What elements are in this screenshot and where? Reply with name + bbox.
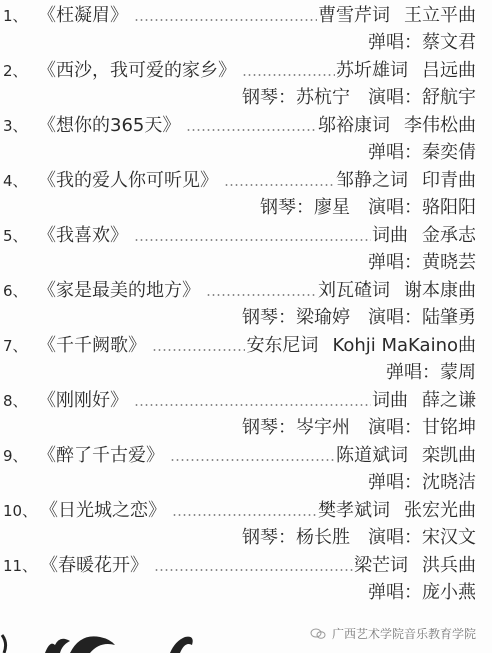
song-line: 7、《千千阙歌》安东尼词Kohji MaKaino曲 (0, 334, 476, 358)
composer: 谢本康曲 (404, 279, 476, 303)
item-number: 8、 (0, 389, 38, 413)
performer-label: 演唱： (368, 197, 422, 218)
song-line: 2、《西沙，我可爱的家乡》苏圻雄词吕远曲 (0, 59, 476, 83)
song-line: 3、《想你的365天》邬裕康词李伟松曲 (0, 114, 476, 138)
lyricist: 樊孝斌词 (318, 499, 390, 523)
credits: 刘瓦碴词谢本康曲 (318, 279, 476, 303)
dot-leader (152, 349, 245, 351)
performer-line: 钢琴：岑宇州演唱：甘铭坤 (242, 416, 476, 440)
performer-line: 弹唱：庞小燕 (368, 581, 476, 605)
pianist: 钢琴：梁瑜婷 (242, 306, 350, 330)
performer-line: 钢琴：苏杭宁演唱：舒航宇 (242, 86, 476, 110)
watermark-text: 广西艺术学院音乐教育学院 (332, 625, 476, 642)
item-number: 3、 (0, 114, 38, 138)
dot-leader (224, 184, 335, 186)
item-number: 6、 (0, 279, 38, 303)
performer-line: 弹唱：沈晓洁 (368, 471, 476, 495)
performer-line: 弹唱：秦奕倩 (368, 141, 476, 165)
song-line: 11、《春暖花开》梁芒词洪兵曲 (0, 554, 476, 578)
program-item: 4、《我的爱人你可听见》邹静之词印青曲钢琴：廖星演唱：骆阳阳 (0, 165, 492, 220)
composer: Kohji MaKaino曲 (332, 334, 476, 358)
credits: 词曲金承志 (372, 224, 476, 248)
performer-name: 黄晓芸 (422, 252, 476, 273)
lyricist: 刘瓦碴词 (318, 279, 390, 303)
dot-leader (172, 514, 317, 516)
program-item: 3、《想你的365天》邬裕康词李伟松曲弹唱：秦奕倩 (0, 110, 492, 165)
composer: 薛之谦 (422, 389, 476, 413)
item-number: 7、 (0, 334, 38, 358)
performer-label: 演唱： (368, 417, 422, 438)
performer: 演唱：宋汉文 (368, 526, 476, 550)
performer-name: 舒航宇 (422, 87, 476, 108)
program-item: 8、《刚刚好》词曲薛之谦钢琴：岑宇州演唱：甘铭坤 (0, 385, 492, 440)
composer: 张宏光曲 (404, 499, 476, 523)
watermark: 广西艺术学院音乐教育学院 (310, 625, 476, 642)
credits: 陈道斌词栾凯曲 (336, 444, 476, 468)
song-line: 1、《枉凝眉》曹雪芹词王立平曲 (0, 4, 476, 28)
performer-label: 弹唱： (368, 32, 422, 53)
performer-name: 陆肇勇 (422, 307, 476, 328)
lyricist: 安东尼词 (246, 334, 318, 358)
dot-leader (186, 129, 317, 131)
song-title: 《醉了千古爱》 (38, 444, 164, 468)
performer-label: 弹唱： (368, 142, 422, 163)
program-item: 5、《我喜欢》词曲金承志弹唱：黄晓芸 (0, 220, 492, 275)
performer-label: 弹唱： (368, 252, 422, 273)
performer-line: 弹唱：蒙周 (386, 361, 476, 385)
song-title: 《千千阙歌》 (38, 334, 146, 358)
program-item: 2、《西沙，我可爱的家乡》苏圻雄词吕远曲钢琴：苏杭宁演唱：舒航宇 (0, 55, 492, 110)
credits: 苏圻雄词吕远曲 (336, 59, 476, 83)
song-line: 5、《我喜欢》词曲金承志 (0, 224, 476, 248)
program-list: 1、《枉凝眉》曹雪芹词王立平曲弹唱：蔡文君2、《西沙，我可爱的家乡》苏圻雄词吕远… (0, 0, 492, 605)
performer-name: 蔡文君 (422, 32, 476, 53)
song-title: 《我的爱人你可听见》 (38, 169, 218, 193)
performer: 演唱：陆肇勇 (368, 306, 476, 330)
pianist: 钢琴：岑宇州 (242, 416, 350, 440)
credits: 梁芒词洪兵曲 (354, 554, 476, 578)
performer-label: 弹唱： (386, 362, 440, 383)
credits: 曹雪芹词王立平曲 (318, 4, 476, 28)
song-title: 《想你的365天》 (38, 114, 180, 138)
performer-name: 甘铭坤 (422, 417, 476, 438)
performer-name: 骆阳阳 (422, 197, 476, 218)
composer: 李伟松曲 (404, 114, 476, 138)
credits: 邬裕康词李伟松曲 (318, 114, 476, 138)
performer-name: 沈晓洁 (422, 472, 476, 493)
pianist: 钢琴：杨长胜 (242, 526, 350, 550)
item-number: 4、 (0, 169, 38, 193)
song-title: 《家是最美的地方》 (38, 279, 200, 303)
credits: 安东尼词Kohji MaKaino曲 (246, 334, 476, 358)
item-number: 1、 (0, 4, 38, 28)
performer-name: 庞小燕 (422, 582, 476, 603)
dot-leader (134, 19, 317, 21)
composer: 金承志 (422, 224, 476, 248)
performer-line: 钢琴：廖星演唱：骆阳阳 (260, 196, 476, 220)
performer: 弹唱：沈晓洁 (368, 471, 476, 495)
song-line: 4、《我的爱人你可听见》邹静之词印青曲 (0, 169, 476, 193)
performer: 演唱：骆阳阳 (368, 196, 476, 220)
wechat-icon (310, 628, 326, 640)
item-number: 11、 (0, 554, 40, 578)
performer-name: 宋汉文 (422, 527, 476, 548)
song-title: 《我喜欢》 (38, 224, 128, 248)
performer-label: 弹唱： (368, 582, 422, 603)
lyricist: 词曲 (372, 389, 408, 413)
lyricist: 词曲 (372, 224, 408, 248)
program-item: 7、《千千阙歌》安东尼词Kohji MaKaino曲弹唱：蒙周 (0, 330, 492, 385)
pianist: 钢琴：苏杭宁 (242, 86, 350, 110)
performer-label: 弹唱： (368, 472, 422, 493)
song-line: 9、《醉了千古爱》陈道斌词栾凯曲 (0, 444, 476, 468)
floral-ornament-icon (0, 615, 200, 653)
performer: 演唱：舒航宇 (368, 86, 476, 110)
pianist: 钢琴：廖星 (260, 196, 350, 220)
performer-line: 钢琴：杨长胜演唱：宋汉文 (242, 526, 476, 550)
performer-name: 秦奕倩 (422, 142, 476, 163)
dot-leader (134, 239, 371, 241)
composer: 王立平曲 (404, 4, 476, 28)
performer: 弹唱：蒙周 (386, 361, 476, 385)
program-item: 1、《枉凝眉》曹雪芹词王立平曲弹唱：蔡文君 (0, 0, 492, 55)
dot-leader (154, 569, 353, 571)
composer: 洪兵曲 (422, 554, 476, 578)
item-number: 5、 (0, 224, 38, 248)
program-item: 10、《日光城之恋》樊孝斌词张宏光曲钢琴：杨长胜演唱：宋汉文 (0, 495, 492, 550)
program-item: 9、《醉了千古爱》陈道斌词栾凯曲弹唱：沈晓洁 (0, 440, 492, 495)
song-line: 6、《家是最美的地方》刘瓦碴词谢本康曲 (0, 279, 476, 303)
performer-label: 演唱： (368, 527, 422, 548)
credits: 词曲薛之谦 (372, 389, 476, 413)
performer: 弹唱：黄晓芸 (368, 251, 476, 275)
lyricist: 陈道斌词 (336, 444, 408, 468)
performer-label: 演唱： (368, 307, 422, 328)
dot-leader (134, 404, 371, 406)
song-title: 《西沙，我可爱的家乡》 (38, 59, 236, 83)
item-number: 9、 (0, 444, 38, 468)
performer-line: 弹唱：蔡文君 (368, 31, 476, 55)
program-item: 6、《家是最美的地方》刘瓦碴词谢本康曲钢琴：梁瑜婷演唱：陆肇勇 (0, 275, 492, 330)
song-title: 《刚刚好》 (38, 389, 128, 413)
performer: 弹唱：蔡文君 (368, 31, 476, 55)
performer: 弹唱：秦奕倩 (368, 141, 476, 165)
dot-leader (170, 459, 335, 461)
performer-line: 弹唱：黄晓芸 (368, 251, 476, 275)
composer: 吕远曲 (422, 59, 476, 83)
credits: 邹静之词印青曲 (336, 169, 476, 193)
item-number: 10、 (0, 499, 40, 523)
lyricist: 邬裕康词 (318, 114, 390, 138)
lyricist: 邹静之词 (336, 169, 408, 193)
lyricist: 曹雪芹词 (318, 4, 390, 28)
credits: 樊孝斌词张宏光曲 (318, 499, 476, 523)
song-line: 8、《刚刚好》词曲薛之谦 (0, 389, 476, 413)
composer: 印青曲 (422, 169, 476, 193)
performer-line: 钢琴：梁瑜婷演唱：陆肇勇 (242, 306, 476, 330)
performer: 演唱：甘铭坤 (368, 416, 476, 440)
composer: 栾凯曲 (422, 444, 476, 468)
performer-label: 演唱： (368, 87, 422, 108)
dot-leader (242, 74, 335, 76)
dot-leader (206, 294, 317, 296)
lyricist: 苏圻雄词 (336, 59, 408, 83)
performer-name: 蒙周 (440, 362, 476, 383)
song-title: 《春暖花开》 (40, 554, 148, 578)
lyricist: 梁芒词 (354, 554, 408, 578)
song-title: 《日光城之恋》 (40, 499, 166, 523)
performer: 弹唱：庞小燕 (368, 581, 476, 605)
song-line: 10、《日光城之恋》樊孝斌词张宏光曲 (0, 499, 476, 523)
item-number: 2、 (0, 59, 38, 83)
program-item: 11、《春暖花开》梁芒词洪兵曲弹唱：庞小燕 (0, 550, 492, 605)
song-title: 《枉凝眉》 (38, 4, 128, 28)
